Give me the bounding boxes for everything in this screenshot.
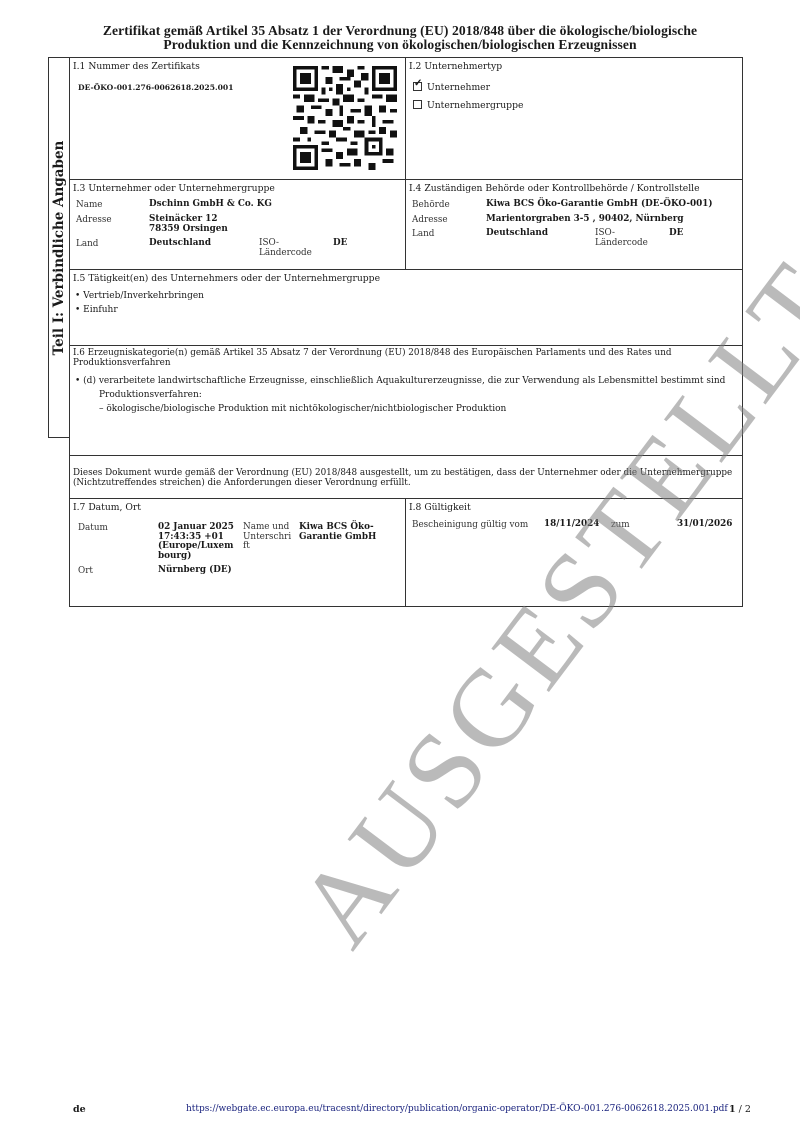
production-method-value: – ökologische/biologische Produktion mit… — [99, 404, 506, 414]
country-label: Land — [412, 229, 434, 239]
operator-country: Deutschland — [149, 239, 211, 249]
qr-code-icon[interactable] — [293, 66, 397, 170]
section-label: I.5 Tätigkeit(en) des Unternehmers oder … — [73, 273, 380, 284]
section-label: I.4 Zuständigen Behörde oder Kontrollbeh… — [409, 183, 700, 194]
operator-address: Steinäcker 12 78359 Orsingen — [149, 215, 228, 234]
name-label: Name — [76, 200, 103, 210]
section-operator: I.3 Unternehmer oder Unternehmergruppe N… — [69, 179, 406, 270]
document-title: Zertifikat gemäß Artikel 35 Absatz 1 der… — [40, 24, 760, 52]
address-label: Adresse — [412, 215, 448, 225]
country-label: Land — [76, 239, 98, 249]
signature-label-line: ft — [243, 542, 291, 552]
place-label: Ort — [78, 566, 93, 576]
title-line-1: Zertifikat gemäß Artikel 35 Absatz 1 der… — [40, 24, 760, 38]
declaration-box: Dieses Dokument wurde gemäß der Verordnu… — [69, 455, 743, 499]
operator-iso-code: DE — [333, 239, 347, 249]
production-method-label: Produktionsverfahren: — [99, 390, 202, 400]
activity-item: • Einfuhr — [75, 303, 204, 317]
iso-label: ISO- Ländercode — [259, 239, 312, 258]
iso-label-line-2: Ländercode — [259, 249, 312, 259]
section-activities: I.5 Tätigkeit(en) des Unternehmers oder … — [69, 269, 743, 346]
section-label: I.1 Nummer des Zertifikats — [73, 61, 200, 72]
section-date-place: I.7 Datum, Ort Datum 02 Januar 2025 17:4… — [69, 498, 406, 607]
option-operator-group[interactable]: Unternehmergruppe — [413, 100, 523, 111]
title-line-2: Produktion und die Kennzeichnung von öko… — [40, 38, 760, 52]
valid-to-date: 31/01/2026 — [677, 520, 732, 530]
authority-iso-code: DE — [669, 229, 683, 239]
page-current: 1 — [729, 1104, 736, 1115]
section-label-line-2: Produktionsverfahren — [73, 359, 672, 369]
valid-from-label: Bescheinigung gültig vom — [412, 520, 528, 530]
footer-url-link[interactable]: https://webgate.ec.europa.eu/tracesnt/di… — [186, 1104, 728, 1114]
date-label: Datum — [78, 523, 108, 533]
certificate-number: DE-ÖKO-001.276-0062618.2025.001 — [78, 83, 233, 92]
date-line: bourg) — [158, 552, 234, 562]
option-operator[interactable]: ✓Unternehmer — [413, 82, 490, 93]
authority-address: Marientorgraben 3-5 , 90402, Nürnberg — [486, 215, 683, 225]
section-label: I.2 Unternehmertyp — [409, 61, 502, 72]
authority-label: Behörde — [412, 200, 450, 210]
address-label: Adresse — [76, 215, 112, 225]
authority-country: Deutschland — [486, 229, 548, 239]
section-authority: I.4 Zuständigen Behörde oder Kontrollbeh… — [405, 179, 743, 270]
signature-label-line: Unterschri — [243, 533, 291, 543]
activity-list: • Vertrieb/Inverkehrbringen • Einfuhr — [75, 289, 204, 317]
section-label: I.7 Datum, Ort — [73, 502, 141, 513]
page-total: / 2 — [736, 1104, 751, 1115]
iso-label-line-2: Ländercode — [595, 239, 648, 249]
address-line-2: 78359 Orsingen — [149, 225, 228, 235]
checkbox-checked[interactable]: ✓ — [413, 82, 422, 91]
signatory: Kiwa BCS Öko- Garantie GmbH — [299, 523, 376, 542]
section-label: I.8 Gültigkeit — [409, 502, 471, 513]
valid-to-label: zum — [611, 520, 630, 530]
section-label: I.6 Erzeugniskategorie(n) gemäß Artikel … — [73, 349, 672, 368]
declaration-text: Dieses Dokument wurde gemäß der Verordnu… — [73, 469, 732, 488]
section-label: I.3 Unternehmer oder Unternehmergruppe — [73, 183, 275, 194]
product-category: • (d) verarbeitete landwirtschaftliche E… — [75, 376, 725, 386]
section-validity: I.8 Gültigkeit Bescheinigung gültig vom … — [405, 498, 743, 607]
valid-from-date: 18/11/2024 — [544, 520, 599, 530]
declaration-line-2: (Nichtzutreffendes streichen) die Anford… — [73, 479, 732, 489]
issue-date: 02 Januar 2025 17:43:35 +01 (Europe/Luxe… — [158, 523, 234, 561]
sidebar-label: Teil I: Verbindliche Angaben — [51, 140, 67, 355]
signatory-line: Garantie GmbH — [299, 533, 376, 543]
operator-name: Dschinn GmbH & Co. KG — [149, 200, 272, 210]
activity-item: • Vertrieb/Inverkehrbringen — [75, 289, 204, 303]
option-label: Unternehmergruppe — [427, 100, 523, 111]
iso-label: ISO- Ländercode — [595, 229, 648, 248]
signature-label: Name und Unterschri ft — [243, 523, 291, 552]
footer-language: de — [73, 1104, 86, 1115]
section-operator-type: I.2 Unternehmertyp ✓Unternehmer Unterneh… — [405, 57, 743, 180]
check-icon: ✓ — [414, 79, 422, 89]
part-one-sidebar: Teil I: Verbindliche Angaben — [48, 57, 70, 438]
page-indicator: 1 / 2 — [729, 1104, 751, 1115]
option-label: Unternehmer — [427, 82, 490, 93]
authority-name: Kiwa BCS Öko-Garantie GmbH (DE-ÖKO-001) — [486, 200, 713, 210]
checkbox-unchecked[interactable] — [413, 100, 422, 109]
issue-place: Nürnberg (DE) — [158, 566, 232, 576]
section-product-categories: I.6 Erzeugniskategorie(n) gemäß Artikel … — [69, 345, 743, 456]
